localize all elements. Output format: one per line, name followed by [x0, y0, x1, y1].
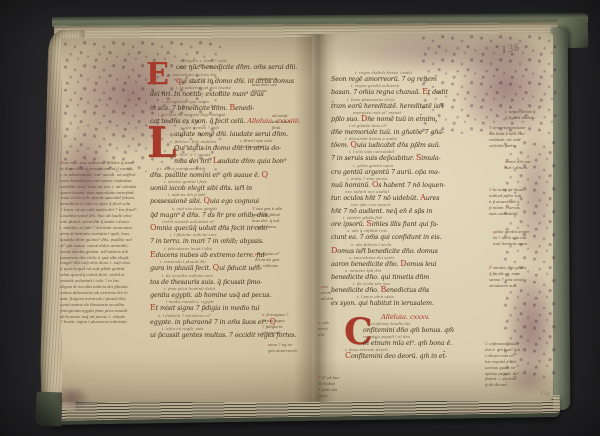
text-line: i. t̄ram p̄missionis ec̄clet̄ram eorū he…: [331, 96, 483, 109]
text-line: i. ad celestia opa mūdain sc̄a. 7 benedi…: [150, 98, 314, 111]
interlinear-gloss: oī tēpore s. boni 7 iusti: [180, 58, 314, 63]
margin-gloss-block: ydola gentiū argen-tū 7 aurū op̄a ma-nuū…: [493, 229, 567, 247]
text-line: qa ip̄e bon⁹ ē 7 suauismus dei n̄ri. Lau…: [150, 152, 314, 165]
interlinear-gloss: respōsio populi ī oī ūsu: [363, 334, 483, 339]
margin-gloss-block: nomē dn̄i ma-net ī et̄num.: [505, 159, 565, 171]
text-line: i. similes ydolis fiūtore ipsorū. Sim̄le…: [331, 215, 483, 228]
interlinear-gloss: i. ī sc̄is suis consolabit̄: [349, 149, 483, 154]
interlinear-gloss: i. reges diaboli fortes ī malo: [355, 70, 483, 75]
text-line: i. electio gentiū ī fideuoniā iacob eleg…: [150, 179, 314, 192]
text-line: i. de ec̄cla sc̄a suabenedicite dn̄o. Be…: [331, 281, 483, 294]
interlinear-gloss: nec uident nec audiūt: [345, 189, 483, 194]
margin-gloss-block: T ciui grā n̄ sibised nob' p̄destlaus de…: [252, 206, 310, 230]
interlinear-gloss: memoria noīs ei⁹ manet: [353, 110, 483, 115]
text-line: memoria noīs ei⁹ manetpp̄lo suo. Dn̄e no…: [331, 110, 483, 123]
margin-gloss-block: i. reges fortes q̄p̄ figurā diaboli.: [505, 109, 567, 121]
text-line: s. oēs fideles ī ec̄claDomus isr̄l bened…: [331, 241, 483, 254]
text-line: i. confessio laudis deionfitemini dn̄o q…: [331, 321, 483, 334]
text-line: i. ydola gentiū uanacra gentiū argentū 7…: [331, 162, 483, 175]
margin-gloss-block: i. firmi ī spe cele-stiū bonorū.: [240, 138, 306, 150]
interlinear-gloss: i. ī pace et̄na uisio: [357, 294, 483, 299]
interlinear-gloss: i. de occultis iudiciis suis: [162, 273, 314, 278]
text-line: oī tēpore s. boni 7 iusticce nūc benedic…: [150, 58, 314, 71]
interlinear-gloss: i. uidens dm̄ p̄ fidē: [168, 192, 314, 197]
interlinear-gloss: nec sp̄s ī ore ipsorū: [351, 202, 483, 207]
interlinear-gloss: i. t̄ram p̄missionis ec̄cle: [347, 97, 483, 102]
margin-gloss-block: s. oī temporelaus dei ī oresc̄orum.: [252, 76, 308, 94]
text-line: i. ī sc̄is suis consolabit̄7 in seruis s…: [331, 149, 483, 162]
interlinear-gloss: i. deus sc̄orum deorū: [345, 347, 483, 352]
text-line: i. de occultis iudiciis suistos de thesa…: [150, 272, 314, 285]
text-line: i. deus sc̄orum deorūConfitemini deo deo…: [331, 347, 483, 360]
margin-gloss-block: seon 7 og re-ges amorreorū.: [268, 342, 314, 354]
interlinear-gloss: i. dulce nomē amantib;: [160, 166, 314, 171]
text-line: nec uident nec audiūttur. oculos hn̄t 7 …: [331, 189, 483, 202]
text-line: s. sacerdotes dei sum̄iaaron benedicite …: [331, 255, 483, 268]
interlinear-gloss: i. muta 7 sine sensu: [347, 176, 483, 181]
text-line: respōsio populi ī oī ūsuin et̄num mīa ei…: [331, 334, 483, 347]
rubric-alleluia: Alleluia. cxxxv.: [381, 313, 429, 321]
manuscript-photo: E L C oī tēpore s. boni 7 iusticce nūc b…: [0, 0, 600, 436]
interlinear-gloss: i. ydola gentiū uana: [353, 163, 483, 168]
text-line: s. ministri t̄pli dn̄ibenedicite dn̄o. q…: [331, 268, 483, 281]
margin-gloss-block: T it⁹ ps̄ lau-dē habet7 gr̄as deicanit.: [318, 375, 360, 399]
text-line: i. dulce nomē amantib;dn̄s. psallite nom…: [150, 165, 314, 178]
interlinear-gloss: i. ad celestia opa mūda: [162, 99, 314, 104]
margin-gloss-block: Ecce nūc. uox ap̄lica ad fideles q̄ stan…: [60, 160, 150, 325]
interlinear-gloss: ī medio mundi s. egypti: [166, 299, 314, 304]
text-line: i. discernet bonos a malistōem. Quia iud…: [331, 136, 483, 149]
interlinear-gloss: i. p̄ma pc̄ca hominū delet: [164, 286, 314, 291]
interlinear-gloss: s. ministri t̄pli dn̄i: [345, 268, 483, 273]
interlinear-gloss: i. regna gentiū subiecta: [351, 83, 483, 88]
interlinear-gloss: i. discernet bonos a malis: [345, 136, 483, 141]
interlinear-gloss: s. sacerdotes dei sum̄i: [349, 255, 483, 260]
margin-gloss-block: V bi nota q̄d deusiudicat pp̄lm suūn̄ p̄…: [489, 187, 567, 217]
interlinear-gloss: ī oī gn̄atōe laus ei⁹: [349, 123, 483, 128]
interlinear-gloss: s. oēs fideles ī ec̄cla: [351, 242, 483, 247]
purple-stain: [54, 386, 90, 410]
interlinear-gloss: i. ī p̄fundis iudiciis suis: [170, 232, 314, 237]
text-line: Alleluia. cxxxv.: [331, 307, 483, 320]
text-line: i. ī p̄fundis iudiciis suis7 in terra. i…: [150, 232, 314, 245]
main-text-column-right: i. reges diaboli fortes ī maloSeon regē …: [331, 70, 483, 360]
text-line: i. muta 7 sine sensunuū hominū. Os haben…: [331, 176, 483, 189]
text-line: i. reges diaboli fortes ī maloSeon regē …: [331, 70, 483, 83]
text-line: i. ī pace et̄na uisioex syon. qui habita…: [331, 294, 483, 307]
text-line: s. oēs q̄ cōfidūt ī eisciunt ea. 7 om̄s …: [331, 228, 483, 241]
interlinear-gloss: i. confessio laudis dei: [367, 321, 483, 326]
red-versal-letter: Q: [262, 170, 268, 179]
text-line: i. uidens dm̄ p̄ fidēpossessionē sibi. Q…: [150, 192, 314, 205]
text-line: i. regna gentiū subiectabasan. 7 om̄ia r…: [331, 83, 483, 96]
margin-gloss-block: T erra repromissio-nis data ē isr̄li ī h…: [489, 125, 569, 149]
interlinear-gloss: i. electio gentiū ī fide: [164, 179, 314, 184]
text-line: i. p̄ma pc̄ca hominū deletgenita egypti.…: [150, 286, 314, 299]
text-line: ī medio mundi s. egyptiEt misit signa 7 …: [150, 299, 314, 312]
margin-gloss-block: C onfessio ī laudedei ē. qm̄ bon⁹ qm̄ī e…: [485, 341, 569, 388]
main-text-column-left: oī tēpore s. boni 7 iusticce nūc benedic…: [150, 58, 314, 339]
interlinear-gloss: qa ip̄e bon⁹ ē 7 suauis: [166, 152, 314, 157]
margin-gloss-block: s. p̄ moysen 7aaron signa7 p̄digia inpha…: [262, 312, 312, 336]
text-line: nec sp̄s ī ore ipsorūhn̄t 7 nō audient. …: [331, 202, 483, 215]
margin-gloss-block: P̄ similes fiūt ydolisq̄ faciūt ea. sine…: [489, 265, 567, 289]
margin-gloss-block: uoxec̄clead dm̄.: [321, 284, 347, 302]
interlinear-gloss: s. oēs q̄ cōfidūt ī eis: [347, 228, 483, 233]
text-line: ī oī gn̄atōe laus ei⁹dn̄e memoriale tuū.…: [331, 123, 483, 136]
margin-gloss-block: s. oēsseruidn̄i.: [318, 320, 346, 338]
margin-gloss-block: ad uesp̄-tinū sacri-ficiū.: [272, 113, 308, 131]
margin-gloss-block: possessio ei⁹ec̄cla de gen-tib; collecta…: [255, 251, 311, 269]
interlinear-gloss: i. de ec̄cla sc̄a sua: [353, 281, 483, 286]
interlinear-gloss: i. similes ydolis fiūt: [343, 215, 483, 220]
